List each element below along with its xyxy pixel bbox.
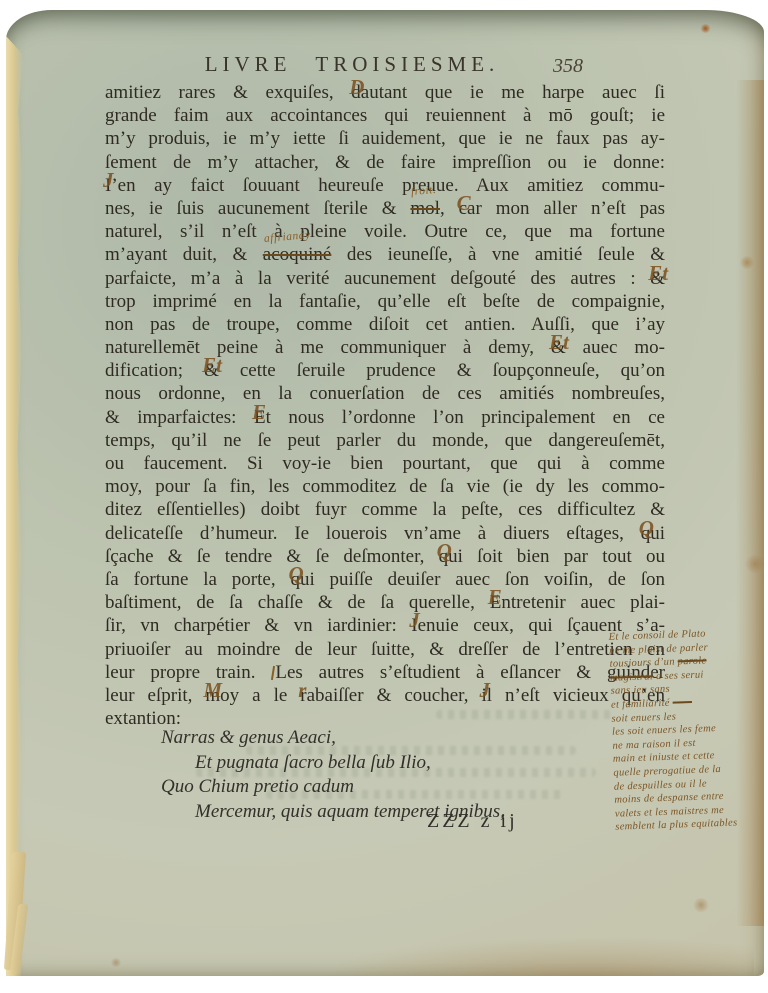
text-line: nes, ie ſuis aucunement ſterile & molfro…	[105, 197, 665, 220]
text-line: leur eſprit, mMoy a le rrabaiſſer & couc…	[105, 684, 665, 707]
text-line: moy, pour ſa fin, les commoditez de ſa v…	[105, 475, 665, 498]
hand-overletter: J	[479, 680, 490, 701]
text-line: grande faim aux accointances qui reuienn…	[105, 104, 665, 127]
verse-line: Narras & genus Aeaci,	[161, 726, 665, 751]
text-line: amitiez rares & exquiſes, dDautant que i…	[105, 81, 665, 104]
hand-overletter: Et	[648, 263, 668, 284]
text-line: IJ’en ay faict ſouuant heureuſe preuue. …	[105, 174, 665, 197]
hand-overletter: M	[203, 680, 222, 701]
text-line: ſa fortune la porte, qQui puiſſe deuiſer…	[105, 568, 665, 591]
hand-correction: froit.	[411, 185, 437, 198]
text-line: & imparfaictes: EEt nous l’ordonne l’on …	[105, 406, 665, 429]
text-line: non pas de troupe, comme diſoit cet anti…	[105, 313, 665, 336]
book-page-scan: LIVRE TROISIESME. 358 amitiez rares & ex…	[0, 0, 768, 993]
hand-overletter: r	[298, 680, 306, 701]
latin-verse: Narras & genus Aeaci,Et pugnata ſacro be…	[105, 726, 665, 824]
hand-overletter: C	[457, 193, 471, 214]
text-line: priuoiſer au moindre de leur ſuitte, & d…	[105, 638, 665, 661]
text-line: ſement de m’y attacher, & de faire impre…	[105, 151, 665, 174]
text-line: nous ordonne, en la conuerſation de ces …	[105, 382, 665, 405]
foxing-spot	[700, 24, 711, 33]
text-line: trop imprimé en la fantaſie, qu’elle eſt…	[105, 290, 665, 313]
hand-overletter: E	[488, 587, 502, 608]
verse-line: Quo Chium pretio cadum	[161, 775, 665, 800]
hand-overletter: D	[349, 77, 364, 98]
text-line: ditez eſſentielles) doibt fuyr comme la …	[105, 498, 665, 521]
verse-line: Et pugnata ſacro bella ſub Ilio,	[195, 751, 665, 776]
foxing-stain	[324, 936, 754, 976]
text-line: temps, qu’il ne ſe peut parler du monde,…	[105, 429, 665, 452]
text-line: baſtiment, de ſa chaſſe & de ſa querelle…	[105, 591, 665, 614]
foxing-spot	[739, 256, 755, 269]
text-line: m’y produis, ie m’y iette ſi auidement, …	[105, 127, 665, 150]
page-number: 358	[553, 55, 583, 78]
hand-overletter: Q	[437, 541, 452, 562]
hand-overletter: Q	[288, 564, 303, 585]
deckle-edge	[6, 36, 23, 976]
text-line: ſir, vn charpétier & vn iardinier: IJenu…	[105, 614, 665, 637]
text-line: leur propre train. Les autres s’eſtudien…	[105, 661, 665, 684]
hand-overletter: E	[252, 402, 266, 423]
foxing-spot	[110, 958, 122, 967]
text-line: ou faucement. Si voy-ie bien pourtant, q…	[105, 452, 665, 475]
hand-overletter: Q	[639, 518, 654, 539]
running-header: LIVRE TROISIESME.	[152, 52, 552, 77]
margin-annotation: Et le consoil de Platone me plaist de pa…	[608, 625, 768, 834]
text-line: naturellemēt peine à me communiquer à de…	[105, 336, 665, 359]
hand-overletter: Et	[202, 355, 222, 376]
text-line: delicateſſe d’humeur. Ie louerois vn’ame…	[105, 522, 665, 545]
signature-mark: ZZZ z ij	[427, 810, 518, 833]
hand-overletter: Et	[549, 332, 569, 353]
hand-overletter: J	[409, 610, 420, 631]
foxing-spot	[692, 898, 710, 912]
book-page: LIVRE TROISIESME. 358 amitiez rares & ex…	[6, 10, 764, 976]
text-line: dification; &Et cette ſeruile prudence &…	[105, 359, 665, 382]
text-line: naturel, s’il n’eſt à pleine voile. Outr…	[105, 220, 665, 243]
text-line: m’ayant duit, & acoquinéaffriandy des ie…	[105, 243, 665, 266]
text-line: ſçache & ſe tendre & ſe deſmonter, qQui …	[105, 545, 665, 568]
text-line: parfaicte, m’a à la verité aucunement de…	[105, 267, 665, 290]
foxing-spot	[744, 555, 766, 573]
hand-correction: affriandy	[263, 230, 310, 245]
hand-overletter: J	[103, 170, 114, 191]
body-text: amitiez rares & exquiſes, dDautant que i…	[105, 81, 665, 730]
